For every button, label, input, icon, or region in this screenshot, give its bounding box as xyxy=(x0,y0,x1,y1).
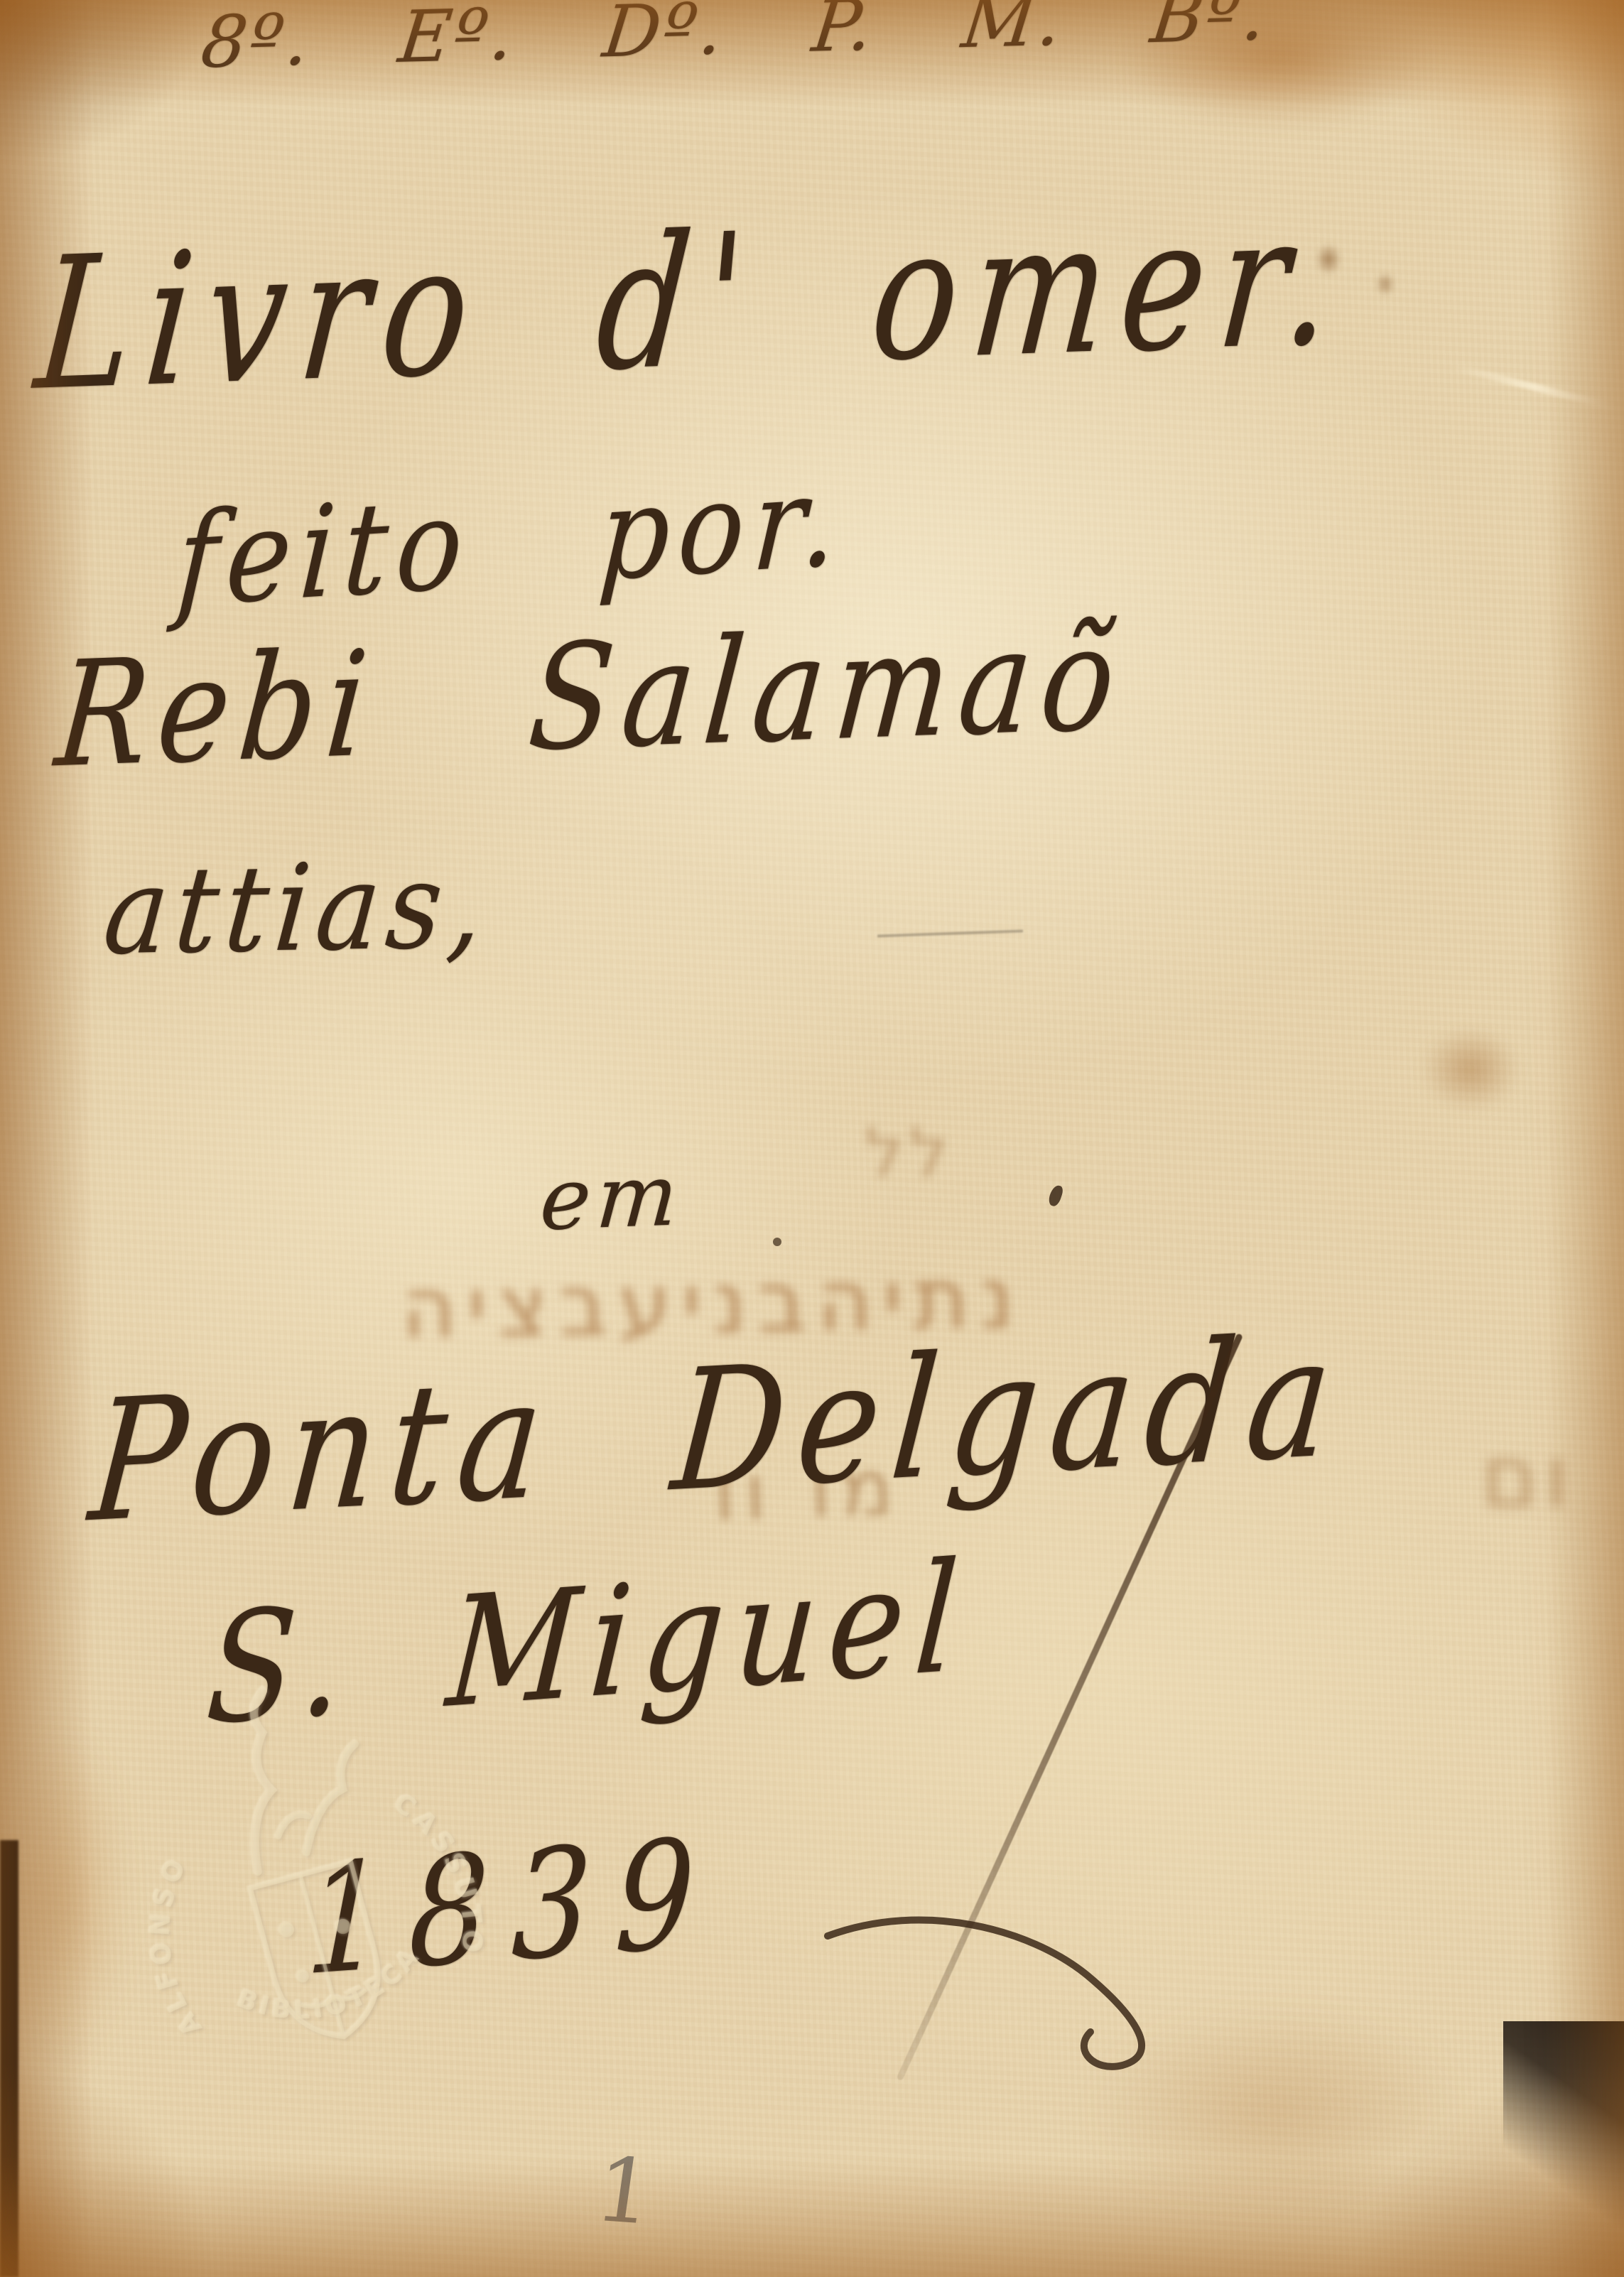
fleur-mark-icon xyxy=(295,1969,310,1984)
fleur-mark-icon xyxy=(277,1920,296,1939)
faded-hebrew-stamp-fragment: ום xyxy=(1481,1435,1575,1520)
handwritten-line-feito-por: feito por. xyxy=(173,456,850,624)
faded-hebrew-stamp-fragment: לל xyxy=(865,1119,954,1187)
stamp-crest-plumes xyxy=(213,1672,381,1872)
handwritten-line-author-name: Rebi Salamaõ xyxy=(51,606,1130,789)
photo-corner-shadow xyxy=(1503,2021,1624,2277)
photo-edge-dark-strip xyxy=(0,1840,18,2277)
handwritten-line-author-surname: attias, xyxy=(99,846,495,973)
manuscript-photo: נתיהבניעבציה מו וו ום לל 8º. Eº. Dº. P. … xyxy=(0,0,1624,2277)
fleur-mark-icon xyxy=(334,1918,352,1936)
handwritten-line-em: em xyxy=(538,1153,686,1243)
title-line: Livro d' omer. xyxy=(31,189,1354,417)
